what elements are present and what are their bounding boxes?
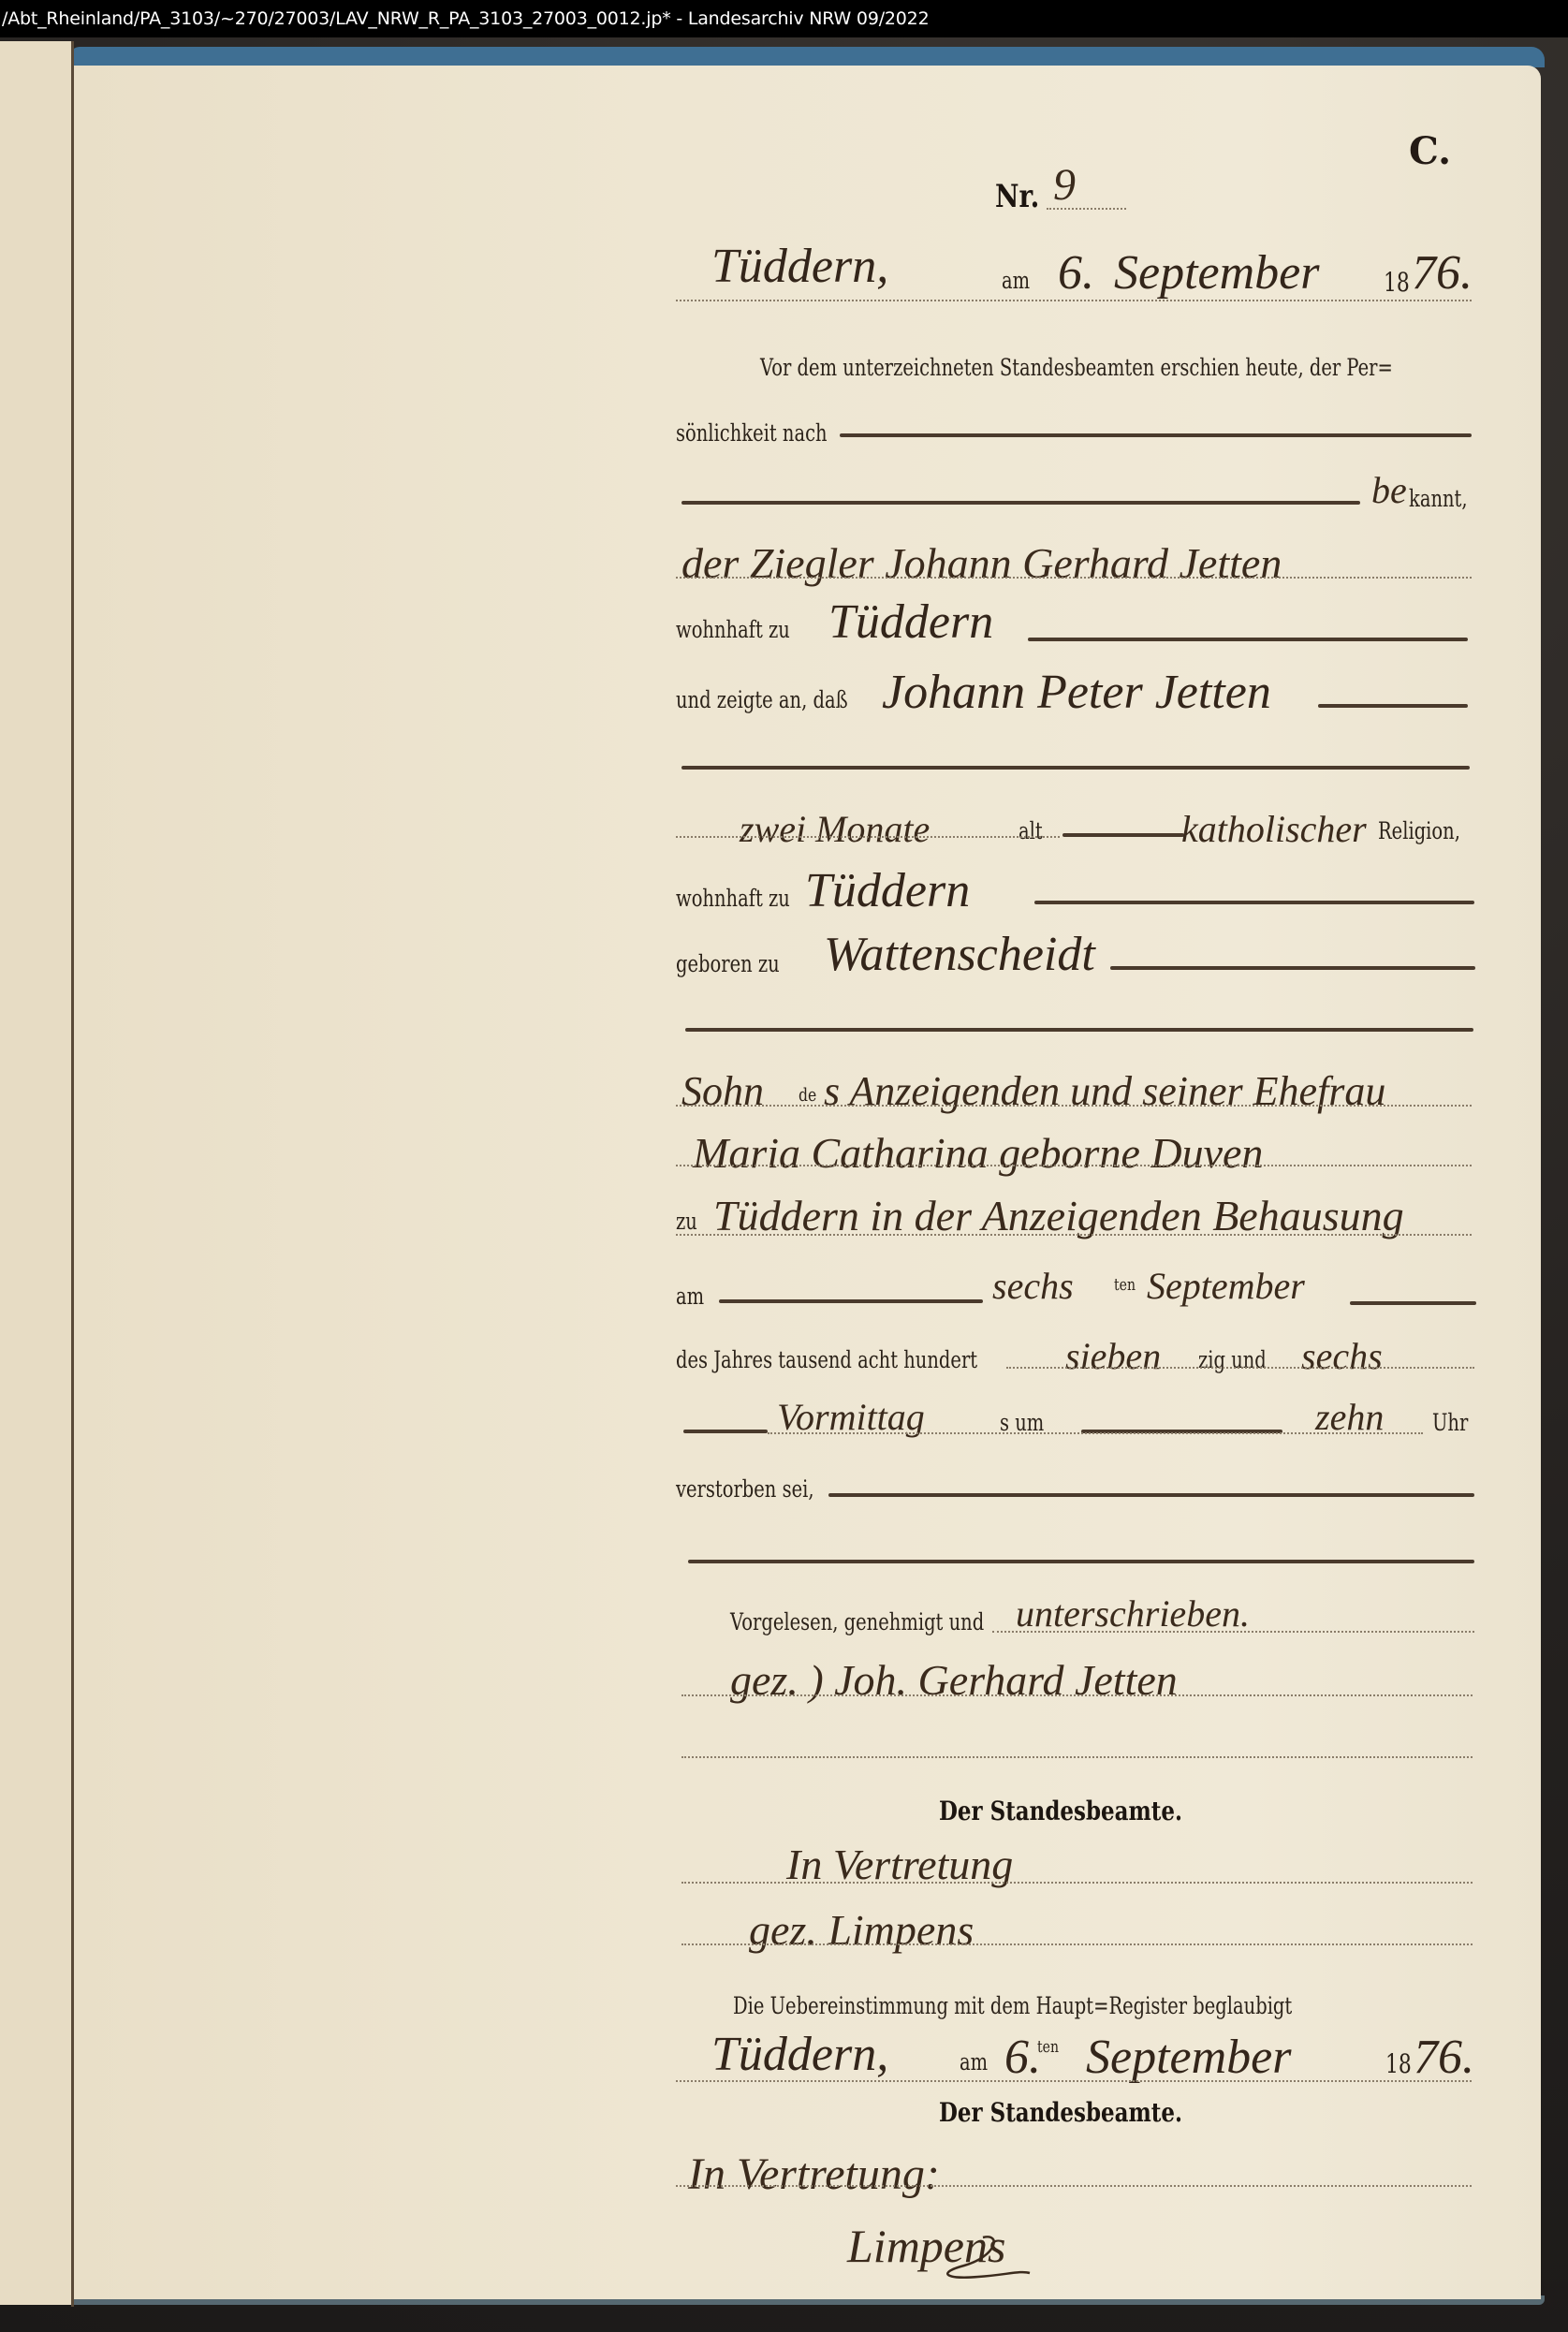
dotted-line <box>1006 1367 1474 1369</box>
blank-rule <box>681 501 1360 505</box>
dotted-line <box>676 300 1472 301</box>
declarant-signature: gez. ) Joh. Gerhard Jetten <box>730 1655 1178 1705</box>
declarant-name: der Ziegler Johann Gerhard Jetten <box>681 538 1282 588</box>
death-am-label: am <box>676 1283 704 1310</box>
year-tens: sieben <box>1065 1334 1161 1378</box>
blank-rule <box>688 1560 1474 1563</box>
cert-month: September <box>1086 2030 1291 2085</box>
death-day: sechs <box>992 1264 1074 1308</box>
age-label: alt <box>1018 817 1043 844</box>
announced-label: und zeigte an, daß <box>676 686 848 713</box>
blank-rule <box>1350 1301 1476 1305</box>
official-heading: Der Standesbeamte. <box>939 1796 1182 1826</box>
cert-year-suffix: 76. <box>1414 2030 1474 2085</box>
dotted-line <box>681 1943 1473 1945</box>
dotted-line <box>681 1756 1473 1758</box>
year-zig-label: zig und <box>1198 1346 1267 1373</box>
official-signature-copy: gez. Limpens <box>749 1905 974 1955</box>
dotted-line <box>676 1165 1472 1166</box>
number-label: Nr. <box>995 178 1039 215</box>
book-cover-edge <box>70 47 1545 67</box>
age-value: zwei Monate <box>740 807 930 851</box>
header-am-label: am <box>1002 267 1030 294</box>
year-label: des Jahres tausend acht hundert <box>676 1346 977 1373</box>
parent-sohn: Sohn <box>681 1067 764 1115</box>
blank-rule <box>685 1028 1473 1032</box>
blank-rule <box>681 766 1470 770</box>
header-year-prefix: 18 <box>1384 267 1410 298</box>
parent-de-label: de <box>799 1083 816 1106</box>
parent-zu-label: zu <box>676 1208 697 1235</box>
residence-value: Tüddern <box>828 594 993 650</box>
dotted-line <box>681 1882 1473 1884</box>
header-month: September <box>1114 245 1319 301</box>
dotted-line <box>676 836 1060 838</box>
blank-rule <box>1110 966 1475 970</box>
deceased-residence-label: wohnhaft zu <box>676 885 790 912</box>
cert-am-label: am <box>960 2048 988 2075</box>
certification-label: Die Uebereinstimmung mit dem Haupt=Regis… <box>733 1992 1292 2019</box>
residence-label: wohnhaft zu <box>676 616 790 643</box>
blank-rule <box>1318 704 1468 708</box>
dotted-line <box>676 1105 1472 1107</box>
form-letter: C. <box>1409 129 1451 173</box>
dotted-line <box>676 1234 1472 1236</box>
official2-vertretung: In Vertretung: <box>688 2149 940 2200</box>
window-title-bar: /Abt_Rheinland/PA_3103/~270/27003/LAV_NR… <box>0 0 1568 37</box>
death-ten-label: ten <box>1114 1275 1136 1295</box>
signature-flourish <box>927 2228 1039 2284</box>
deceased-residence-value: Tüddern <box>805 863 970 918</box>
dotted-line <box>992 1631 1474 1633</box>
known-label: kannt, <box>1409 485 1468 512</box>
intro-line-2: sönlichkeit nach <box>676 419 828 447</box>
record-number: 9 <box>1053 159 1076 211</box>
death-month: September <box>1147 1264 1305 1308</box>
dotted-line <box>1047 208 1126 210</box>
cert-ten-label: ten <box>1037 2037 1059 2057</box>
year-units: sechs <box>1301 1334 1383 1378</box>
cert-place: Tüddern, <box>711 2027 888 2082</box>
dotted-line <box>768 1432 1423 1434</box>
religion-value: katholischer <box>1181 807 1367 851</box>
blank-rule <box>1062 833 1184 837</box>
official-heading-2: Der Standesbeamte. <box>939 2097 1182 2128</box>
header-year-suffix: 76. <box>1412 245 1473 301</box>
born-label: geboren zu <box>676 950 780 977</box>
blank-rule <box>1028 638 1468 641</box>
read-approved-label: Vorgelesen, genehmigt und <box>730 1608 984 1635</box>
religion-label: Religion, <box>1378 817 1460 844</box>
died-label: verstorben sei, <box>676 1475 814 1503</box>
header-day: 6. <box>1058 245 1094 301</box>
blank-rule <box>719 1299 983 1303</box>
intro-line-1: Vor dem unterzeichneten Standesbeamten e… <box>760 354 1393 381</box>
known-prefix: be <box>1371 468 1407 512</box>
header-place: Tüddern, <box>711 239 888 294</box>
dotted-line <box>676 2080 1472 2082</box>
deceased-name: Johann Peter Jetten <box>882 665 1271 720</box>
mother-name: Maria Catharina geborne Duven <box>693 1128 1263 1178</box>
born-value: Wattenscheidt <box>824 927 1095 982</box>
blank-rule <box>1034 901 1474 904</box>
blank-rule <box>683 1430 768 1433</box>
dotted-line <box>676 2185 1472 2187</box>
window-title: /Abt_Rheinland/PA_3103/~270/27003/LAV_NR… <box>2 8 929 29</box>
parent-line1-text: s Anzeigenden und seiner Ehefrau <box>824 1067 1385 1115</box>
cert-day: 6. <box>1004 2030 1041 2085</box>
blank-rule <box>840 433 1472 437</box>
dotted-line <box>676 577 1472 579</box>
blank-rule <box>828 1493 1474 1497</box>
dotted-line <box>681 1694 1473 1696</box>
cert-year-prefix: 18 <box>1385 2048 1412 2079</box>
register-page <box>74 66 1541 2299</box>
previous-page-edge <box>0 41 73 2305</box>
uhr-label: Uhr <box>1432 1409 1468 1436</box>
read-approved-value: unterschrieben. <box>1016 1591 1250 1635</box>
